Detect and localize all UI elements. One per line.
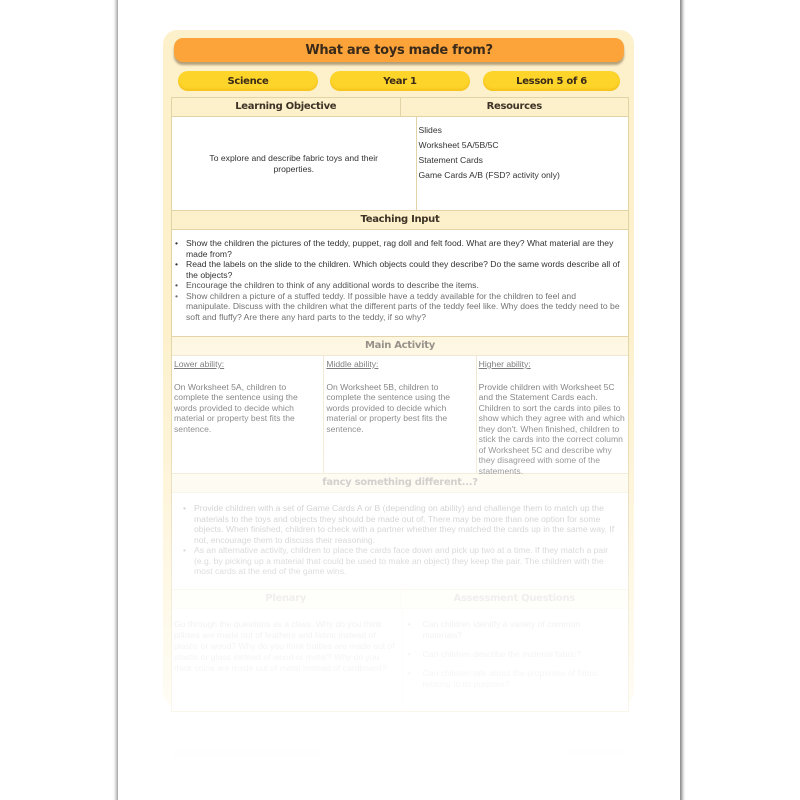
plenary-text: Go through the questions as a class. Why… (172, 609, 402, 711)
teaching-input-item: Encourage the children to think of any a… (186, 280, 622, 291)
plenary-heading: Plenary (172, 590, 400, 608)
middle-ability-title: Middle ability: (326, 359, 473, 370)
lesson-title: What are toys made from? (174, 38, 624, 62)
objectives-row: To explore and describe fabric toys and … (172, 117, 628, 211)
objectives-header-row: Learning Objective Resources (172, 98, 628, 117)
resource-item: Statement Cards (419, 155, 627, 166)
teaching-input-item: Show children a picture of a stuffed ted… (186, 291, 622, 323)
footer-right (565, 750, 627, 755)
plenary-row: Go through the questions as a class. Why… (172, 609, 628, 711)
teaching-input-list: Show the children the pictures of the te… (172, 230, 628, 336)
plenary-header-row: Plenary Assessment Questions (172, 590, 628, 609)
extension-row: Provide children with a set of Game Card… (172, 493, 628, 590)
assessment-list: Can children identify a variety of commo… (403, 609, 629, 706)
main-activity-header-row: Main Activity (172, 337, 628, 356)
main-activity-heading: Main Activity (172, 337, 628, 355)
subject-badge: Science (178, 71, 318, 91)
lesson-plan-table: Learning Objective Resources To explore … (171, 97, 629, 712)
higher-ability-cell: Higher ability: Provide children with Wo… (476, 356, 628, 473)
assessment-question: Can children describe the material fabri… (423, 649, 623, 660)
main-activity-row: Lower ability: On Worksheet 5A, children… (172, 356, 628, 474)
teaching-input-header-row: Teaching Input (172, 211, 628, 230)
resource-item: Game Cards A/B (FSD? activity only) (419, 170, 627, 181)
middle-ability-cell: Middle ability: On Worksheet 5B, childre… (323, 356, 475, 473)
higher-ability-text: Provide children with Worksheet 5C and t… (479, 382, 626, 477)
teaching-input-item: Show the children the pictures of the te… (186, 238, 622, 259)
teaching-input-heading: Teaching Input (172, 211, 628, 229)
lower-ability-cell: Lower ability: On Worksheet 5A, children… (172, 356, 323, 473)
resources-heading: Resources (400, 98, 629, 116)
learning-objective-heading: Learning Objective (172, 98, 400, 116)
teaching-input-row: Show the children the pictures of the te… (172, 230, 628, 337)
extension-header-row: fancy something different...? (172, 474, 628, 493)
resources-list: Slides Worksheet 5A/5B/5C Statement Card… (416, 117, 629, 210)
higher-ability-title: Higher ability: (479, 359, 626, 370)
teaching-input-item: Read the labels on the slide to the chil… (186, 259, 622, 280)
year-badge: Year 1 (330, 71, 470, 91)
footer-left (172, 750, 322, 756)
extension-item: As an alternative activity, children to … (194, 545, 622, 577)
assessment-question: Can children talk about the properties o… (423, 668, 623, 690)
extension-heading: fancy something different...? (172, 474, 628, 492)
lesson-number-badge: Lesson 5 of 6 (483, 71, 620, 91)
assessment-heading: Assessment Questions (400, 590, 629, 608)
lower-ability-title: Lower ability: (174, 359, 321, 370)
extension-item: Provide children with a set of Game Card… (194, 503, 622, 545)
lower-ability-text: On Worksheet 5A, children to complete th… (174, 382, 321, 435)
extension-list: Provide children with a set of Game Card… (172, 493, 628, 589)
resource-item: Slides (419, 125, 627, 136)
assessment-question: Can children identify a variety of commo… (423, 619, 623, 641)
middle-ability-text: On Worksheet 5B, children to complete th… (326, 382, 473, 435)
resource-item: Worksheet 5A/5B/5C (419, 140, 627, 151)
assessment-cell: Can children identify a variety of commo… (402, 609, 629, 711)
learning-objective-text: To explore and describe fabric toys and … (172, 117, 416, 210)
